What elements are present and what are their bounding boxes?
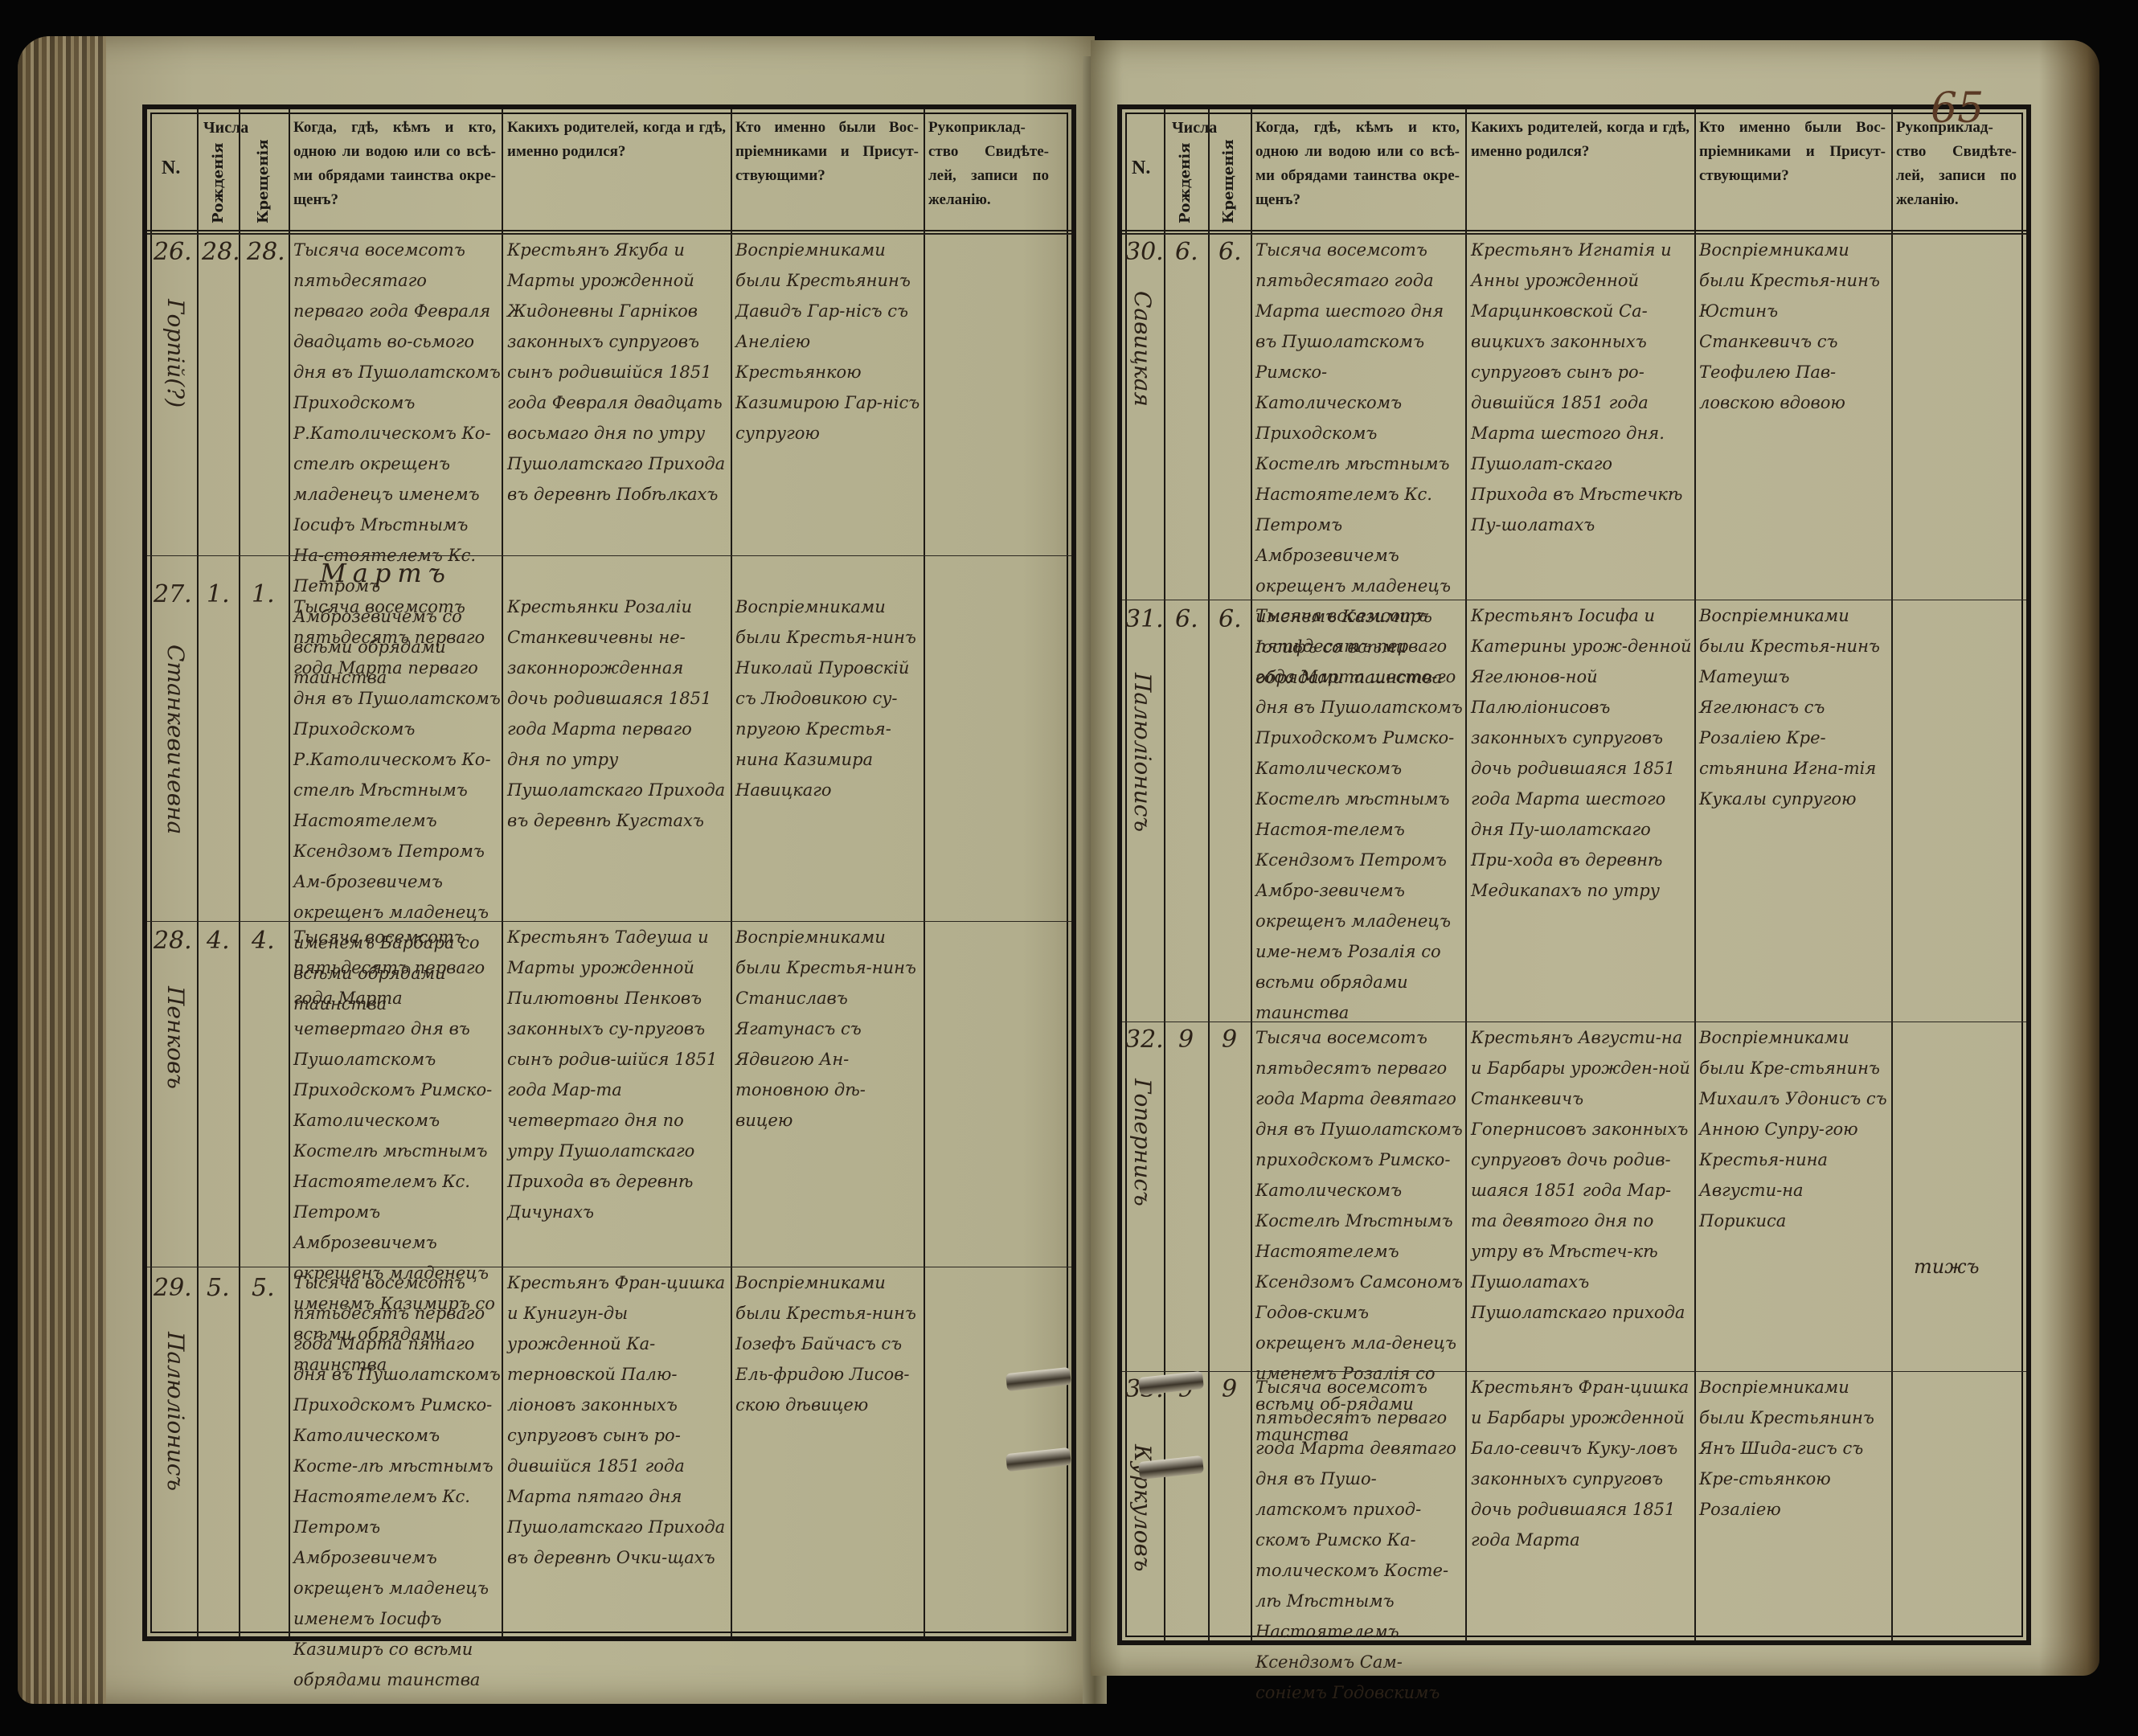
folio-number: 65 xyxy=(1931,84,1984,133)
baptism-day: 5. xyxy=(252,1274,275,1302)
table-header: N. Числа Рожденія Крещенія Когда, гдѣ, к… xyxy=(1122,109,2026,235)
baptism-day: 6. xyxy=(1218,238,1242,266)
baptism-day: 28. xyxy=(247,238,285,266)
parents-record: Крестьянъ Якуба и Марты урожденной Жидон… xyxy=(507,235,729,510)
right-register-table: N. Числа Рожденія Крещенія Когда, гдѣ, к… xyxy=(1117,104,2031,1645)
table-row: 33. 9 9 Куркуловъ Тысяча восемсотъ пятьд… xyxy=(1122,1371,2026,1637)
header-vospriemniki: Кто именно были Вос-пріемниками и Присут… xyxy=(1699,116,1886,188)
page-edges xyxy=(18,36,106,1704)
birth-day: 9 xyxy=(1178,1026,1194,1054)
header-kogda: Когда, гдѣ, кѣмъ и кто, одною ли водою и… xyxy=(293,116,496,212)
entry-number: 28. xyxy=(154,927,192,955)
godparents-record: Воспріемниками были Крестьянинъ Давидъ Г… xyxy=(735,235,922,448)
birth-day: 6. xyxy=(1175,238,1198,266)
godparents-record: Воспріемниками были Крестьянинъ Янъ Шида… xyxy=(1699,1372,1889,1525)
margin-surname: Савицкая xyxy=(1129,291,1156,407)
godparents-record: Воспріемниками были Кре-стьянинъ Михаилъ… xyxy=(1699,1022,1889,1236)
table-header: N. Числа Рожденія Крещенія Когда, гдѣ, к… xyxy=(147,109,1071,235)
parents-record: Крестьянъ Фран-цишка и Барбары урожденно… xyxy=(1471,1372,1693,1555)
godparents-record: Воспріемниками были Крестья-нинъ Іозефъ … xyxy=(735,1267,922,1420)
entry-number: 30. xyxy=(1125,238,1164,266)
parents-record: Крестьянъ Игнатія и Анны урожденной Марц… xyxy=(1471,235,1693,540)
margin-surname: Горпій(?) xyxy=(162,299,189,407)
witness-note: тижъ xyxy=(1914,1255,1980,1278)
header-vospriemniki: Кто именно были Вос-пріемниками и Присут… xyxy=(735,116,919,188)
table-row: 29. 5. 5. Палюліонисъ Тысяча восемсотъ п… xyxy=(147,1267,1071,1629)
header-n: N. xyxy=(1132,156,1150,180)
baptism-day: 1. xyxy=(252,580,275,608)
godparents-record: Воспріемниками были Крестья-нинъ Юстинъ … xyxy=(1699,235,1889,418)
parents-record: Крестьянъ Іосифа и Катерины урож-денной … xyxy=(1471,600,1693,906)
left-register-table: N. Числа Рожденія Крещенія Когда, гдѣ, к… xyxy=(142,104,1076,1641)
godparents-record: Воспріемниками были Крестья-нинъ Станисл… xyxy=(735,922,922,1136)
header-kogda: Когда, гдѣ, кѣмъ и кто, одною ли водою и… xyxy=(1255,116,1460,212)
margin-surname: Палюліонисъ xyxy=(1129,673,1156,832)
margin-surname: Пенковъ xyxy=(162,986,189,1089)
header-chisla: Числа xyxy=(203,116,248,140)
table-row: 32. 9 9 Гопернисъ Тысяча восемсотъ пятьд… xyxy=(1122,1022,2026,1372)
parents-record: Крестьянки Розаліи Станкевичевны не-зако… xyxy=(507,592,729,836)
header-roditeli: Какихъ родителей, когда и гдѣ, именно ро… xyxy=(507,116,726,164)
header-n: N. xyxy=(162,156,180,180)
godparents-record: Воспріемниками были Крестья-нинъ Николай… xyxy=(735,592,922,805)
parents-record: Крестьянъ Фран-цишка и Кунигун-ды урожде… xyxy=(507,1267,729,1573)
register-book: N. Числа Рожденія Крещенія Когда, гдѣ, к… xyxy=(18,24,2124,1704)
month-heading: Мартъ xyxy=(320,558,452,588)
header-rozhdeniya: Рожденія xyxy=(1177,143,1194,223)
right-page: N. Числа Рожденія Крещенія Когда, гдѣ, к… xyxy=(1091,40,2099,1676)
table-row: 27. 1. 1. Станкевичевна Мартъ Тысяча вос… xyxy=(147,555,1071,922)
parents-record: Крестьянъ Августи-на и Барбары урожден-н… xyxy=(1471,1022,1693,1328)
birth-day: 28. xyxy=(202,238,240,266)
birth-day: 4. xyxy=(207,927,230,955)
birth-day: 6. xyxy=(1175,605,1198,633)
baptism-record: Тысяча восемсотъ пятьдесятъ перваго года… xyxy=(1255,600,1464,1028)
table-row: 30. 6. 6. Савицкая Тысяча восемсотъ пять… xyxy=(1122,234,2026,600)
margin-surname: Палюліонисъ xyxy=(162,1332,189,1491)
margin-surname: Гопернисъ xyxy=(1129,1079,1156,1206)
header-chisla: Числа xyxy=(1172,116,1217,140)
table-row: 26. 28. 28. Горпій(?) Тысяча восемсотъ п… xyxy=(147,234,1071,556)
table-row: 28. 4. 4. Пенковъ Тысяча восемсотъ пятьд… xyxy=(147,921,1071,1267)
header-kreshcheniya: Крещенія xyxy=(1220,139,1237,223)
entry-number: 32. xyxy=(1125,1026,1164,1054)
left-page: N. Числа Рожденія Крещенія Когда, гдѣ, к… xyxy=(18,36,1095,1704)
godparents-record: Воспріемниками были Крестья-нинъ Матеушъ… xyxy=(1699,600,1889,814)
baptism-day: 6. xyxy=(1218,605,1242,633)
baptism-day: 4. xyxy=(252,927,275,955)
baptism-day: 9 xyxy=(1222,1026,1237,1054)
baptism-record: Тысяча восемсотъ пятьдесятъ перваго года… xyxy=(293,1267,501,1695)
entry-number: 26. xyxy=(154,238,192,266)
baptism-day: 9 xyxy=(1222,1375,1237,1403)
baptism-record: Тысяча восемсотъ пятьдесятъ перваго года… xyxy=(1255,1372,1464,1708)
birth-day: 1. xyxy=(207,580,230,608)
header-roditeli: Какихъ родителей, когда и гдѣ, именно ро… xyxy=(1471,116,1690,164)
birth-day: 5. xyxy=(207,1274,230,1302)
table-row: 31. 6. 6. Палюліонисъ Тысяча восемсотъ п… xyxy=(1122,600,2026,1022)
header-kreshcheniya: Крещенія xyxy=(255,139,272,223)
header-rozhdeniya: Рожденія xyxy=(210,143,227,223)
margin-surname: Станкевичевна xyxy=(162,645,189,834)
entry-number: 31. xyxy=(1125,605,1164,633)
entry-number: 29. xyxy=(154,1274,192,1302)
parents-record: Крестьянъ Тадеуша и Марты урожденной Пил… xyxy=(507,922,729,1227)
entry-number: 27. xyxy=(154,580,192,608)
header-rukoprikladstvo: Рукоприклад-ство Свидѣте-лей, записи по … xyxy=(928,116,1049,212)
